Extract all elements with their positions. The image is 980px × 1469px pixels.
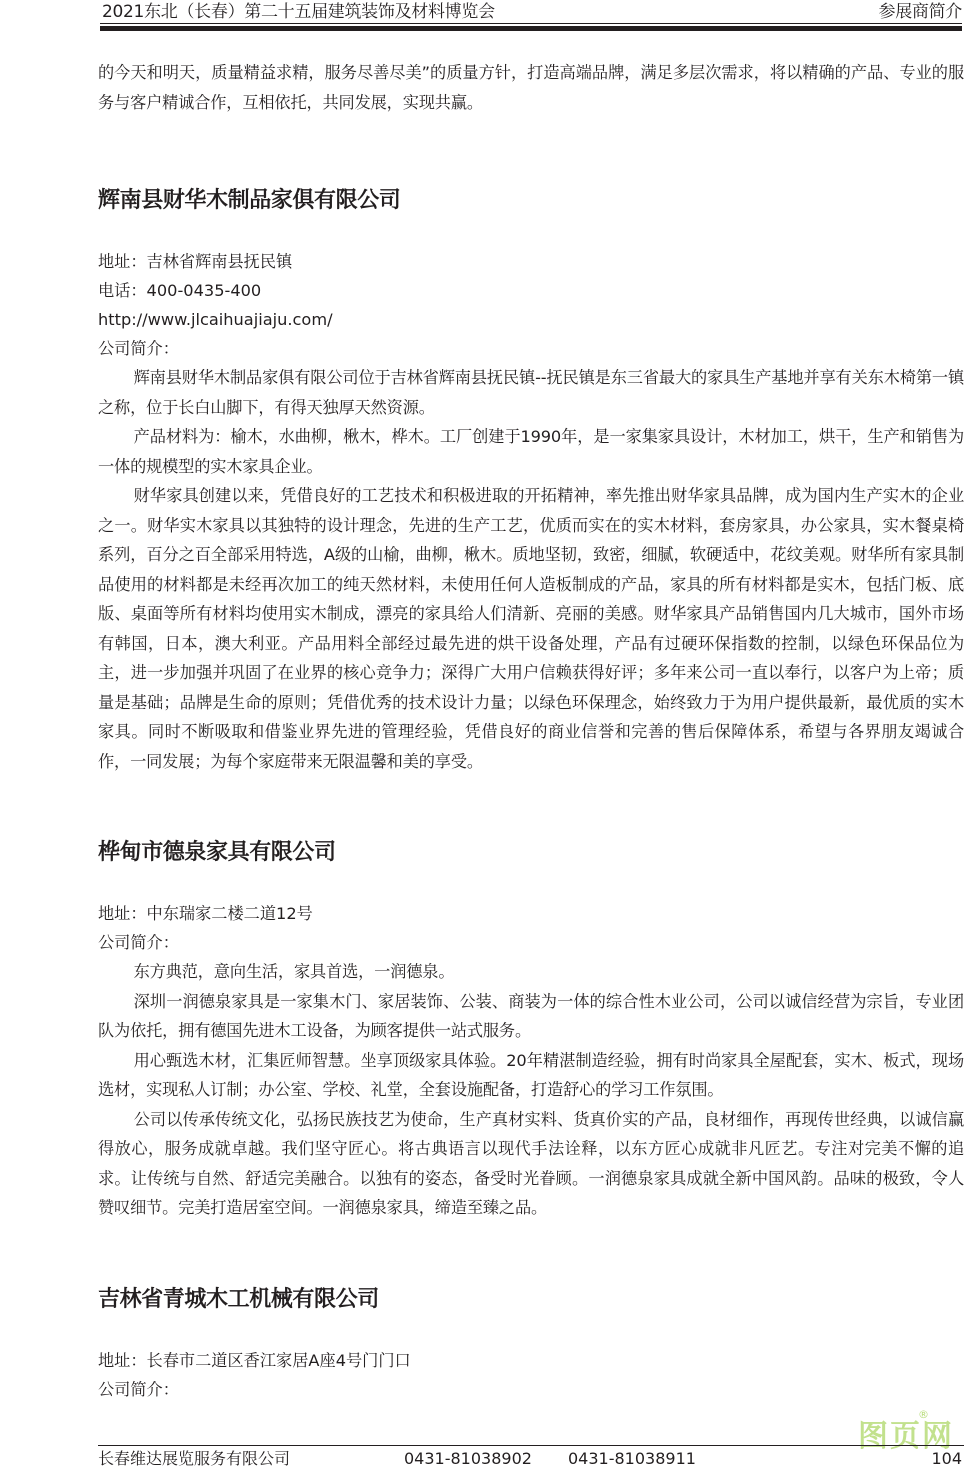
company-entry: 吉林省青城木工机械有限公司 地址：长春市二道区香江家居A座4号门门口 公司简介： bbox=[98, 1285, 964, 1404]
company-address: 地址：长春市二道区香江家居A座4号门门口 bbox=[98, 1346, 964, 1375]
company-name: 桦甸市德泉家具有限公司 bbox=[98, 838, 964, 868]
company-name: 辉南县财华木制品家俱有限公司 bbox=[98, 186, 964, 216]
expo-title: 2021东北（长春）第二十五届建筑装饰及材料博览会 bbox=[102, 0, 495, 24]
page-content: 的今天和明天，质量精益求精，服务尽善尽美”的质量方针，打造高端品牌，满足多层次需… bbox=[98, 58, 964, 1404]
company-intro-label: 公司简介： bbox=[98, 1375, 964, 1404]
section-title: 参展商简介 bbox=[879, 0, 963, 24]
company-paragraph: 深圳一润德泉家具是一家集木门、家居装饰、公装、商装为一体的综合性木业公司，公司以… bbox=[98, 987, 964, 1046]
company-website: http://www.jlcaihuajiaju.com/ bbox=[98, 305, 964, 334]
company-entry: 辉南县财华木制品家俱有限公司 地址：吉林省辉南县抚民镇 电话：400-0435-… bbox=[98, 186, 964, 776]
company-name: 吉林省青城木工机械有限公司 bbox=[98, 1285, 964, 1315]
header-rule-thin bbox=[100, 23, 962, 24]
company-paragraph: 辉南县财华木制品家俱有限公司位于吉林省辉南县抚民镇--抚民镇是东三省最大的家具生… bbox=[98, 363, 964, 422]
company-phone: 电话：400-0435-400 bbox=[98, 276, 964, 305]
company-entry: 桦甸市德泉家具有限公司 地址：中东瑞家二楼二道12号 公司简介： 东方典范，意向… bbox=[98, 838, 964, 1223]
footer-company: 长春维达展览服务有限公司 bbox=[98, 1449, 290, 1469]
footer-phone-2: 0431-81038911 bbox=[568, 1449, 696, 1469]
footer-phone-1: 0431-81038902 bbox=[404, 1449, 532, 1469]
page-number: 104 bbox=[931, 1449, 962, 1469]
company-intro-label: 公司简介： bbox=[98, 928, 964, 957]
intro-continuation: 的今天和明天，质量精益求精，服务尽善尽美”的质量方针，打造高端品牌，满足多层次需… bbox=[98, 58, 964, 117]
company-paragraph: 财华家具创建以来，凭借良好的工艺技术和积极进取的开拓精神，率先推出财华家具品牌，… bbox=[98, 481, 964, 776]
company-address: 地址：中东瑞家二楼二道12号 bbox=[98, 899, 964, 928]
company-intro-label: 公司简介： bbox=[98, 334, 964, 363]
company-paragraph: 产品材料为：榆木，水曲柳，楸木，桦木。工厂创建于1990年，是一家集家具设计，木… bbox=[98, 422, 964, 481]
footer-rule bbox=[98, 1445, 964, 1446]
company-address: 地址：吉林省辉南县抚民镇 bbox=[98, 247, 964, 276]
company-paragraph: 用心甄选木材，汇集匠师智慧。坐享顶级家具体验。20年精湛制造经验，拥有时尚家具全… bbox=[98, 1046, 964, 1105]
company-paragraph: 公司以传承传统文化，弘扬民族技艺为使命，生产真材实料、货真价实的产品，良材细作，… bbox=[98, 1105, 964, 1223]
page-footer: 长春维达展览服务有限公司 0431-81038902 0431-81038911… bbox=[98, 1449, 964, 1469]
header-rule-thick bbox=[100, 26, 962, 31]
company-paragraph: 东方典范，意向生活，家具首选，一润德泉。 bbox=[98, 957, 964, 987]
